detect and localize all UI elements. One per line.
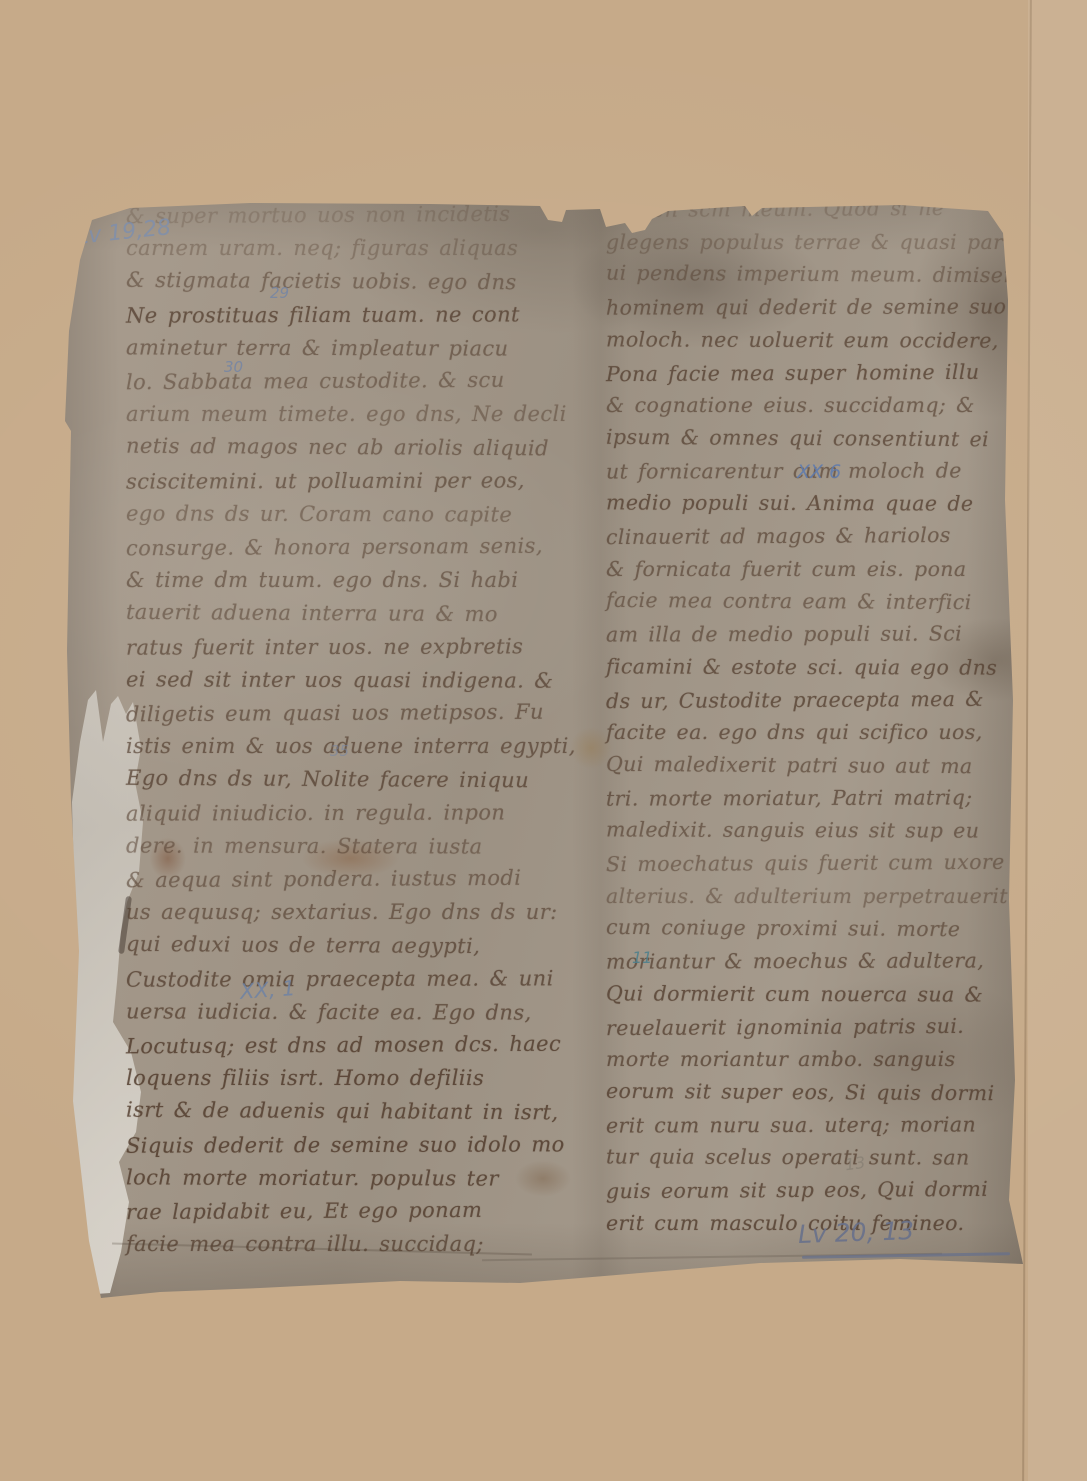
manuscript-line: maledixit. sanguis eius sit sup eu: [606, 819, 979, 843]
manuscript-line: isrt & de aduenis qui habitant in isrt,: [126, 1099, 559, 1125]
manuscript-line: & fornicata fuerit cum eis. pona: [606, 558, 967, 581]
manuscript-line: clinauerit ad magos & hariolos: [606, 524, 951, 549]
manuscript-line: ipsum & omnes qui consentiunt ei: [606, 426, 989, 451]
manuscript-line: ego dns ds ur. Coram cano capite: [126, 502, 512, 526]
manuscript-line: morte moriantur ambo. sanguis: [606, 1048, 956, 1071]
manuscript-line: erit cum nuru sua. uterq; morian: [606, 1113, 976, 1137]
manuscript-line: istis enim & uos aduene interra egypti,: [126, 735, 576, 758]
manuscript-line: aminetur terra & impleatur piacu: [126, 336, 509, 360]
manuscript-line: Pona facie mea super homine illu: [606, 360, 980, 385]
manuscript-line: Ego dns ds ur, Nolite facere iniquu: [126, 767, 529, 793]
manuscript-line: ds ur, Custodite praecepta mea &: [606, 687, 984, 712]
manuscript-line: moloch. nec uoluerit eum occidere,: [606, 328, 999, 352]
manuscript-line: aliquid iniudicio. in regula. inpon: [126, 801, 505, 825]
manuscript-line: cum coniuge proximi sui. morte: [606, 916, 960, 941]
manuscript-line: glegens populus terrae & quasi par: [606, 231, 1003, 254]
manuscript-line: dere. in mensura. Statera iusta: [126, 834, 483, 858]
manuscript-line: & cognatione eius. succidamq; &: [606, 394, 975, 417]
manuscript-line: reuelauerit ignominia patris sui.: [606, 1014, 964, 1039]
manuscript-line: guis eorum sit sup eos, Qui dormi: [606, 1178, 988, 1203]
manuscript-line: Locutusq; est dns ad mosen dcs. haec: [126, 1033, 561, 1059]
manuscript-line: Qui maledixerit patri suo aut ma: [606, 753, 973, 778]
manuscript-line: hominem qui dederit de semine suo: [606, 295, 1006, 319]
manuscript-line: ratus fuerit inter uos. ne expbretis: [126, 635, 523, 659]
manuscript-line: consurge. & honora personam senis,: [126, 535, 543, 561]
manuscript-line: am illa de medio populi sui. Sci: [606, 623, 962, 647]
manuscript-line: loquens filiis isrt. Homo defiliis: [126, 1067, 484, 1090]
manuscript-line: facie mea contra eam & interfici: [606, 589, 972, 614]
text-column-left: & super mortuo uos non incidetiscarnem u…: [126, 196, 606, 1300]
manuscript-line: tur quia scelus operati sunt. san: [606, 1146, 970, 1170]
manuscript-line: ui pendens imperium meum. dimiserit: [606, 262, 1029, 287]
manuscript-leaf: & super mortuo uos non incidetiscarnem u…: [62, 196, 1024, 1300]
text-column-right: nomen scm meum. Quod si neglegens populu…: [606, 196, 1026, 1300]
manuscript-line: & super mortuo uos non incidetis: [126, 203, 511, 229]
manuscript-line: nomen scm meum. Quod si ne: [606, 197, 944, 222]
manuscript-line: facie mea contra illu. succidaq;: [126, 1233, 484, 1256]
manuscript-line: loch morte moriatur. populus ter: [126, 1166, 499, 1190]
annotation-verse-number: 29: [270, 286, 289, 301]
manuscript-line: eorum sit super eos, Si quis dormi: [606, 1080, 995, 1105]
annotation-verse-number: 11: [632, 950, 652, 966]
manuscript-line: alterius. & adulterium perpetrauerit: [606, 885, 1008, 908]
manuscript-line: arium meum timete. ego dns, Ne decli: [126, 403, 567, 426]
manuscript-line: us aequusq; sextarius. Ego dns ds ur:: [126, 901, 558, 924]
mat-right-strip: [1028, 0, 1087, 1481]
manuscript-line: facite ea. ego dns qui scifico uos,: [606, 721, 983, 744]
manuscript-line: Ne prostituas filiam tuam. ne cont: [126, 303, 520, 327]
manuscript-line: diligetis eum quasi uos metipsos. Fu: [126, 701, 544, 727]
manuscript-line: carnem uram. neq; figuras aliquas: [126, 237, 518, 260]
annotation-chapter-number: XX, 1: [239, 978, 296, 1003]
manuscript-line: ut fornicarentur cum moloch de: [606, 459, 962, 483]
photo-mat-background: { "document": { "kind": "medieval manusc…: [0, 0, 1087, 1481]
manuscript-line: & stigmata facietis uobis. ego dns: [126, 269, 517, 295]
manuscript-line: tauerit aduena interra ura & mo: [126, 601, 498, 626]
manuscript-line: rae lapidabit eu, Et ego ponam: [126, 1199, 482, 1224]
manuscript-line: & aequa sint pondera. iustus modi: [126, 867, 521, 893]
manuscript-line: Qui dormierit cum nouerca sua &: [606, 982, 983, 1006]
manuscript-line: netis ad magos nec ab ariolis aliquid: [126, 435, 549, 461]
manuscript-line: Custodite omia praecepta mea. & uni: [126, 967, 554, 991]
manuscript-line: Siquis dederit de semine suo idolo mo: [126, 1133, 565, 1157]
manuscript-line: lo. Sabbata mea custodite. & scu: [126, 369, 505, 394]
annotation-chapter-verse: XX 6: [797, 463, 841, 482]
annotation-verse-number-pencil: 13: [844, 1155, 866, 1174]
manuscript-line: tri. morte moriatur, Patri matriq;: [606, 786, 973, 810]
manuscript-line: ei sed sit inter uos quasi indigena. &: [126, 668, 553, 692]
manuscript-line: ficamini & estote sci. quia ego dns: [606, 655, 997, 679]
annotation-verse-number: 35: [330, 744, 349, 759]
annotation-bottom-reference: Lv 20, 13: [798, 1218, 915, 1247]
annotation-verse-number: 30: [224, 360, 243, 375]
manuscript-line: Si moechatus quis fuerit cum uxore: [606, 851, 1005, 876]
manuscript-line: moriantur & moechus & adultera,: [606, 949, 984, 973]
manuscript-line: sciscitemini. ut polluamini per eos,: [126, 469, 525, 493]
manuscript-line: medio populi sui. Anima quae de: [606, 492, 974, 516]
manuscript-line: qui eduxi uos de terra aegypti,: [126, 933, 480, 958]
manuscript-line: & time dm tuum. ego dns. Si habi: [126, 569, 518, 592]
manuscript-line: uersa iudicia. & facite ea. Ego dns,: [126, 1000, 532, 1024]
